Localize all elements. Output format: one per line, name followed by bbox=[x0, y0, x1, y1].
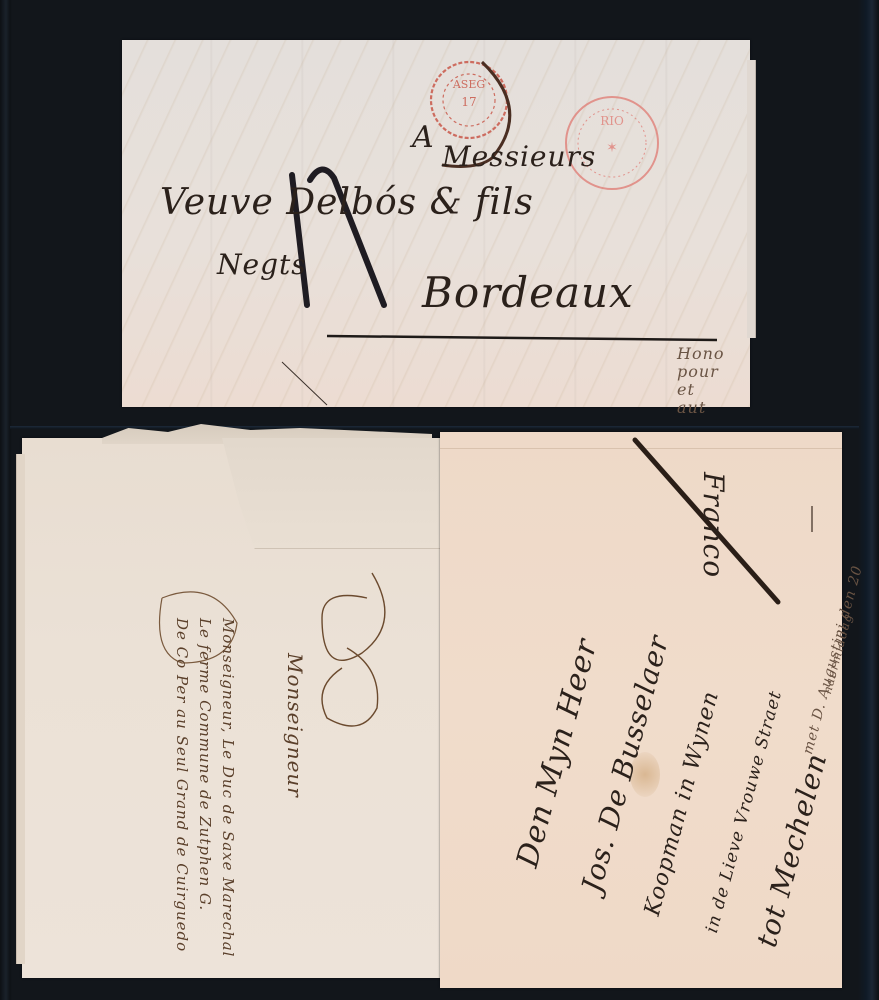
address-line: Negts bbox=[217, 248, 307, 281]
body-line: De Co Per au Seul Grand de Cuirguedo bbox=[173, 618, 191, 952]
svg-text:RIO: RIO bbox=[600, 114, 624, 128]
side-note: Hono pour et aut bbox=[677, 345, 725, 417]
address-salutation-prefix: A bbox=[412, 120, 435, 155]
letter-bottom-left: Monseigneur Monseigneur, Le Duc de Saxe … bbox=[22, 438, 440, 978]
postmark-aseg: ASEG 17 bbox=[431, 62, 507, 138]
svg-text:✶: ✶ bbox=[606, 140, 618, 156]
address-line: Veuve Delbós & fils bbox=[160, 182, 534, 223]
stockcard-strip-divider bbox=[10, 426, 859, 429]
body-line: Le ferme Commune de Zutphen G. bbox=[196, 618, 214, 911]
franking-marking: Franco bbox=[697, 472, 730, 578]
letter-top: ASEG 17 RIO ✶ A Messieurs Veuve Delbós &… bbox=[122, 40, 750, 407]
svg-text:17: 17 bbox=[461, 95, 476, 109]
address-line: Messieurs bbox=[442, 140, 596, 173]
svg-text:ASEG: ASEG bbox=[452, 78, 485, 91]
letter-bottom-right: Franco Den Myn Heer Jos. De Busselaer Ko… bbox=[440, 432, 842, 988]
address-line: Monseigneur bbox=[283, 653, 307, 798]
postmark-overlay: ASEG 17 RIO ✶ bbox=[122, 40, 750, 407]
address-city: Bordeaux bbox=[422, 268, 634, 317]
body-line: Monseigneur, Le Duc de Saxe Marechal bbox=[219, 618, 237, 957]
